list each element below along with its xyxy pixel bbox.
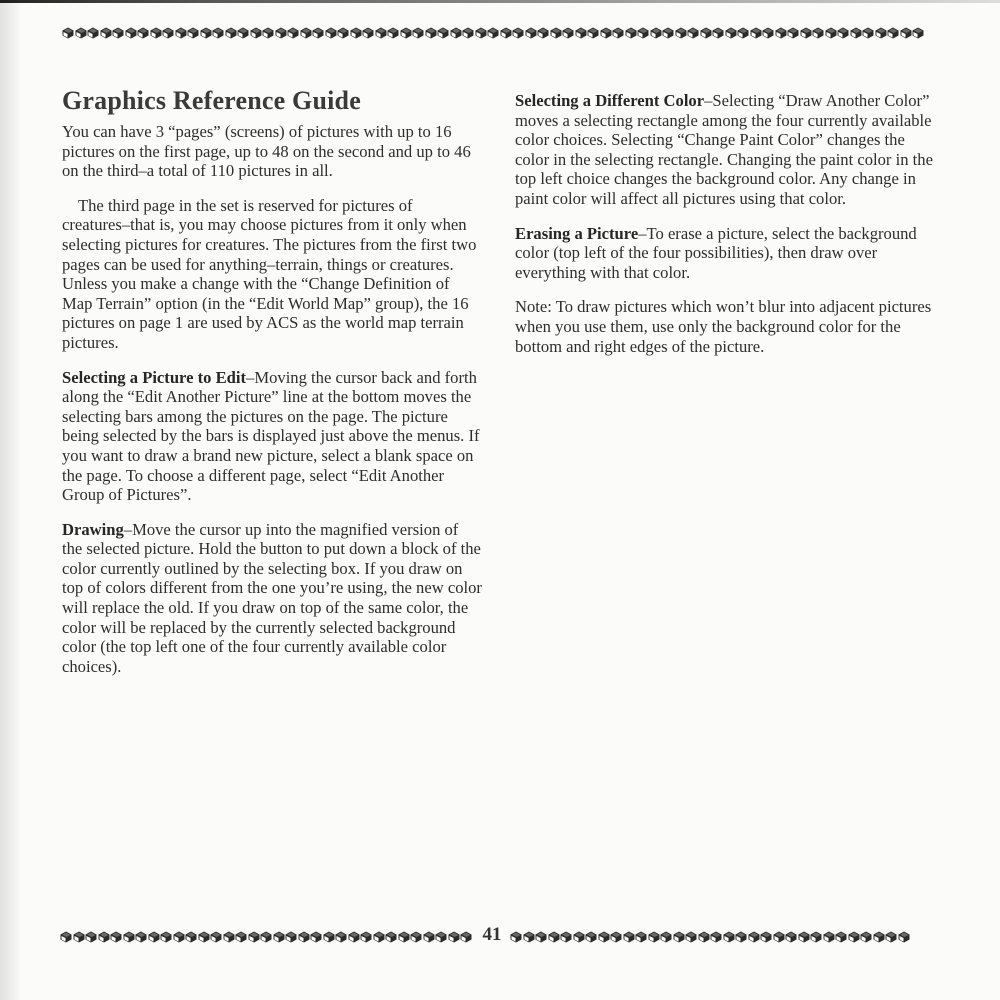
border-cube-icon	[123, 931, 136, 943]
border-cube-icon	[625, 27, 638, 39]
paragraph-text: The third page in the set is reserved fo…	[62, 196, 476, 352]
border-cube-icon	[735, 931, 748, 943]
border-cube-icon	[798, 931, 811, 943]
right-column: Selecting a Different Color–Selecting “D…	[515, 91, 935, 371]
border-cube-icon	[812, 27, 825, 39]
border-cube-icon	[400, 27, 413, 39]
border-cube-icon	[862, 27, 875, 39]
border-cube-icon	[448, 931, 461, 943]
border-cube-icon	[725, 27, 738, 39]
border-cube-icon	[873, 931, 886, 943]
border-cube-icon	[275, 27, 288, 39]
border-cube-icon	[150, 27, 163, 39]
border-cube-icon	[785, 931, 798, 943]
border-cube-icon	[600, 27, 613, 39]
border-cube-icon	[662, 27, 675, 39]
border-cube-icon	[585, 931, 598, 943]
border-cube-icon	[487, 27, 500, 39]
border-cube-icon	[723, 931, 736, 943]
border-cube-icon	[835, 931, 848, 943]
border-cube-icon	[550, 27, 563, 39]
border-cube-icon	[260, 931, 273, 943]
border-cube-icon	[712, 27, 725, 39]
border-cube-icon	[675, 27, 688, 39]
border-cube-icon	[698, 931, 711, 943]
border-cube-icon	[237, 27, 250, 39]
border-cube-icon	[760, 931, 773, 943]
border-cube-icon	[185, 931, 198, 943]
scan-edge-artifact	[0, 0, 1000, 3]
border-cube-icon	[212, 27, 225, 39]
bottom-right-ornamental-border	[510, 930, 920, 944]
section-selecting-picture: Selecting a Picture to Edit–Moving the c…	[62, 368, 482, 505]
border-cube-icon	[85, 931, 98, 943]
border-cube-icon	[187, 27, 200, 39]
border-cube-icon	[375, 27, 388, 39]
border-cube-icon	[510, 931, 523, 943]
border-cube-icon	[385, 931, 398, 943]
border-cube-icon	[373, 931, 386, 943]
border-cube-icon	[523, 931, 536, 943]
border-cube-icon	[500, 27, 513, 39]
border-cube-icon	[312, 27, 325, 39]
section-heading: Selecting a Different Color	[515, 91, 704, 110]
border-cube-icon	[425, 27, 438, 39]
border-cube-icon	[912, 27, 925, 39]
border-cube-icon	[335, 931, 348, 943]
border-cube-icon	[475, 27, 488, 39]
border-cube-icon	[825, 27, 838, 39]
border-cube-icon	[98, 931, 111, 943]
border-cube-icon	[410, 931, 423, 943]
paragraph-text: –Moving the cursor back and forth along …	[62, 368, 480, 505]
border-cube-icon	[887, 27, 900, 39]
border-cube-icon	[737, 27, 750, 39]
border-cube-icon	[225, 27, 238, 39]
border-cube-icon	[650, 27, 663, 39]
border-cube-icon	[337, 27, 350, 39]
border-cube-icon	[875, 27, 888, 39]
border-cube-icon	[848, 931, 861, 943]
border-cube-icon	[137, 27, 150, 39]
border-cube-icon	[900, 27, 913, 39]
border-cube-icon	[262, 27, 275, 39]
border-cube-icon	[323, 931, 336, 943]
border-cube-icon	[162, 27, 175, 39]
border-cube-icon	[462, 27, 475, 39]
paragraph-text: Note: To draw pictures which won’t blur …	[515, 297, 931, 355]
border-cube-icon	[573, 931, 586, 943]
border-cube-icon	[810, 931, 823, 943]
border-cube-icon	[360, 931, 373, 943]
border-cube-icon	[637, 27, 650, 39]
note-paragraph: Note: To draw pictures which won’t blur …	[515, 297, 935, 356]
border-cube-icon	[648, 931, 661, 943]
border-cube-icon	[60, 931, 73, 943]
border-cube-icon	[660, 931, 673, 943]
border-cube-icon	[87, 27, 100, 39]
border-cube-icon	[362, 27, 375, 39]
border-cube-icon	[135, 931, 148, 943]
border-cube-icon	[548, 931, 561, 943]
border-cube-icon	[310, 931, 323, 943]
border-cube-icon	[110, 931, 123, 943]
border-cube-icon	[273, 931, 286, 943]
border-cube-icon	[248, 931, 261, 943]
border-cube-icon	[860, 931, 873, 943]
section-different-color: Selecting a Different Color–Selecting “D…	[515, 91, 935, 209]
left-column: Graphics Reference Guide You can have 3 …	[62, 86, 482, 691]
border-cube-icon	[450, 27, 463, 39]
border-cube-icon	[525, 27, 538, 39]
border-cube-icon	[787, 27, 800, 39]
border-cube-icon	[773, 931, 786, 943]
bottom-left-ornamental-border	[60, 930, 475, 944]
border-cube-icon	[100, 27, 113, 39]
border-cube-icon	[173, 931, 186, 943]
border-cube-icon	[850, 27, 863, 39]
border-cube-icon	[223, 931, 236, 943]
border-cube-icon	[885, 931, 898, 943]
border-cube-icon	[635, 931, 648, 943]
border-cube-icon	[73, 931, 86, 943]
border-cube-icon	[710, 931, 723, 943]
border-cube-icon	[437, 27, 450, 39]
border-cube-icon	[687, 27, 700, 39]
border-cube-icon	[412, 27, 425, 39]
section-heading: Erasing a Picture	[515, 224, 638, 243]
border-cube-icon	[348, 931, 361, 943]
border-cube-icon	[560, 931, 573, 943]
scan-shadow	[0, 0, 22, 1000]
border-cube-icon	[837, 27, 850, 39]
border-cube-icon	[598, 931, 611, 943]
border-cube-icon	[175, 27, 188, 39]
border-cube-icon	[300, 27, 313, 39]
intro-paragraph: You can have 3 “pages” (screens) of pict…	[62, 122, 482, 181]
border-cube-icon	[350, 27, 363, 39]
border-cube-icon	[700, 27, 713, 39]
section-erasing: Erasing a Picture–To erase a picture, se…	[515, 224, 935, 283]
border-cube-icon	[562, 27, 575, 39]
border-cube-icon	[898, 931, 911, 943]
border-cube-icon	[512, 27, 525, 39]
section-heading: Drawing	[62, 520, 124, 539]
section-drawing: Drawing–Move the cursor up into the magn…	[62, 520, 482, 677]
border-cube-icon	[612, 27, 625, 39]
paragraph-text: You can have 3 “pages” (screens) of pict…	[62, 122, 471, 180]
border-cube-icon	[535, 931, 548, 943]
border-cube-icon	[198, 931, 211, 943]
border-cube-icon	[112, 27, 125, 39]
border-cube-icon	[250, 27, 263, 39]
border-cube-icon	[748, 931, 761, 943]
border-cube-icon	[235, 931, 248, 943]
border-cube-icon	[537, 27, 550, 39]
border-cube-icon	[623, 931, 636, 943]
paragraph-text: –Move the cursor up into the magnified v…	[62, 520, 482, 676]
border-cube-icon	[298, 931, 311, 943]
border-cube-icon	[125, 27, 138, 39]
border-cube-icon	[398, 931, 411, 943]
border-cube-icon	[460, 931, 473, 943]
border-cube-icon	[75, 27, 88, 39]
border-cube-icon	[387, 27, 400, 39]
border-cube-icon	[62, 27, 75, 39]
border-cube-icon	[800, 27, 813, 39]
border-cube-icon	[775, 27, 788, 39]
border-cube-icon	[575, 27, 588, 39]
border-cube-icon	[587, 27, 600, 39]
border-cube-icon	[285, 931, 298, 943]
border-cube-icon	[750, 27, 763, 39]
border-cube-icon	[423, 931, 436, 943]
border-cube-icon	[685, 931, 698, 943]
border-cube-icon	[148, 931, 161, 943]
page-number: 41	[478, 924, 506, 946]
page-title: Graphics Reference Guide	[62, 86, 482, 116]
border-cube-icon	[160, 931, 173, 943]
border-cube-icon	[610, 931, 623, 943]
border-cube-icon	[762, 27, 775, 39]
border-cube-icon	[823, 931, 836, 943]
section-heading: Selecting a Picture to Edit	[62, 368, 246, 387]
border-cube-icon	[287, 27, 300, 39]
border-cube-icon	[435, 931, 448, 943]
third-page-paragraph: The third page in the set is reserved fo…	[62, 196, 482, 353]
border-cube-icon	[200, 27, 213, 39]
top-ornamental-border	[62, 26, 926, 40]
border-cube-icon	[210, 931, 223, 943]
border-cube-icon	[325, 27, 338, 39]
border-cube-icon	[673, 931, 686, 943]
